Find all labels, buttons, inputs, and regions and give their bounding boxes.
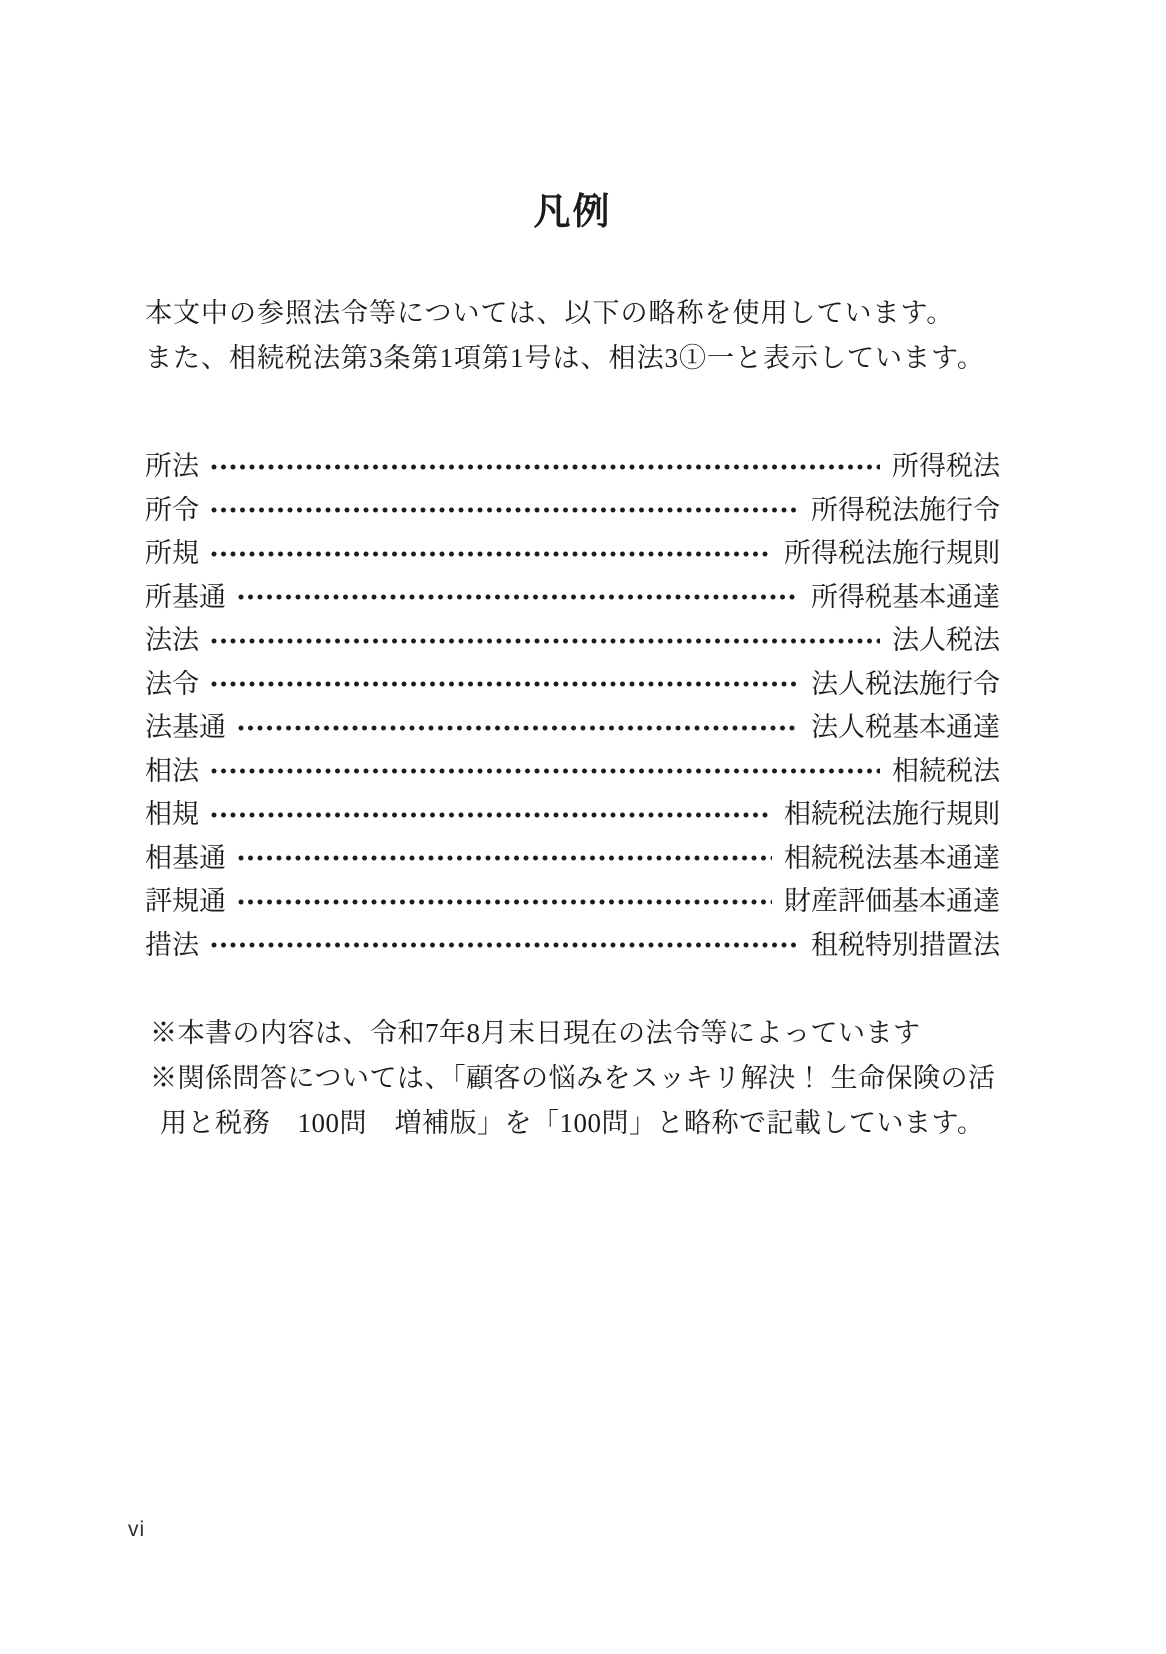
dot-leader: [211, 768, 880, 774]
dot-leader: [211, 681, 799, 687]
full-law-name: 所得税基本通達: [811, 575, 1000, 614]
dot-leader: [238, 855, 772, 861]
abbreviation-label: 相基通: [145, 836, 226, 875]
abbreviation-row: 相規 相続税法施行規則: [145, 790, 1000, 834]
abbreviation-row: 所基通 所得税基本通達: [145, 573, 1000, 617]
abbreviation-label: 相法: [145, 749, 199, 788]
dot-leader: [211, 942, 799, 948]
abbreviation-label: 法令: [145, 662, 199, 701]
abbreviation-label: 評規通: [145, 879, 226, 918]
abbreviation-label: 所基通: [145, 575, 226, 614]
abbreviation-label: 所規: [145, 531, 199, 570]
full-law-name: 所得税法施行令: [811, 488, 1000, 527]
intro-line-1: 本文中の参照法令等については、以下の略称を使用しています。: [145, 291, 1025, 336]
full-law-name: 相続税法施行規則: [784, 792, 1000, 831]
note-line: ※関係問答については、「顧客の悩みをスッキリ解決！ 生命保険の活: [150, 1056, 1020, 1101]
full-law-name: 相続税法: [892, 749, 1000, 788]
dot-leader: [238, 594, 799, 600]
dot-leader: [211, 812, 772, 818]
intro-paragraph: 本文中の参照法令等については、以下の略称を使用しています。 また、相続税法第3条…: [145, 291, 1025, 381]
dot-leader: [211, 551, 772, 557]
dot-leader: [211, 507, 799, 513]
footnotes: ※本書の内容は、令和7年8月末日現在の法令等によっています ※関係問答については…: [150, 1011, 1020, 1146]
note-line: 用と税務 100問 増補版」を「100問」と略称で記載しています。: [150, 1101, 1020, 1146]
abbreviation-row: 所令 所得税法施行令: [145, 486, 1000, 530]
page-title: 凡例: [145, 181, 1000, 235]
full-law-name: 所得税法: [892, 444, 1000, 483]
abbreviation-row: 所規 所得税法施行規則: [145, 529, 1000, 573]
abbreviation-label: 相規: [145, 792, 199, 831]
abbreviation-row: 法基通 法人税基本通達: [145, 703, 1000, 747]
full-law-name: 法人税法施行令: [811, 662, 1000, 701]
full-law-name: 法人税法: [892, 618, 1000, 657]
abbreviation-label: 法基通: [145, 705, 226, 744]
abbreviation-row: 法法 法人税法: [145, 616, 1000, 660]
full-law-name: 法人税基本通達: [811, 705, 1000, 744]
dot-leader: [238, 725, 799, 731]
document-page: 凡例 本文中の参照法令等については、以下の略称を使用しています。 また、相続税法…: [0, 0, 1166, 1654]
abbreviation-label: 措法: [145, 923, 199, 962]
dot-leader: [211, 638, 880, 644]
full-law-name: 財産評価基本通達: [784, 879, 1000, 918]
dot-leader: [211, 464, 880, 470]
page-number: vi: [128, 1518, 145, 1542]
full-law-name: 租税特別措置法: [811, 923, 1000, 962]
note-line: ※本書の内容は、令和7年8月末日現在の法令等によっています: [150, 1011, 1020, 1056]
full-law-name: 所得税法施行規則: [784, 531, 1000, 570]
full-law-name: 相続税法基本通達: [784, 836, 1000, 875]
abbreviation-row: 評規通 財産評価基本通達: [145, 877, 1000, 921]
abbreviation-row: 相法 相続税法: [145, 747, 1000, 791]
abbreviation-row: 法令 法人税法施行令: [145, 660, 1000, 704]
dot-leader: [238, 899, 772, 905]
abbreviation-list: 所法 所得税法 所令 所得税法施行令 所規 所得税法施行規則 所基通 所得税基本…: [145, 442, 1000, 964]
abbreviation-row: 相基通 相続税法基本通達: [145, 834, 1000, 878]
abbreviation-label: 法法: [145, 618, 199, 657]
abbreviation-label: 所令: [145, 488, 199, 527]
abbreviation-row: 措法 租税特別措置法: [145, 921, 1000, 965]
intro-line-2: また、相続税法第3条第1項第1号は、相法3①一と表示しています。: [145, 336, 1025, 381]
abbreviation-label: 所法: [145, 444, 199, 483]
abbreviation-row: 所法 所得税法: [145, 442, 1000, 486]
